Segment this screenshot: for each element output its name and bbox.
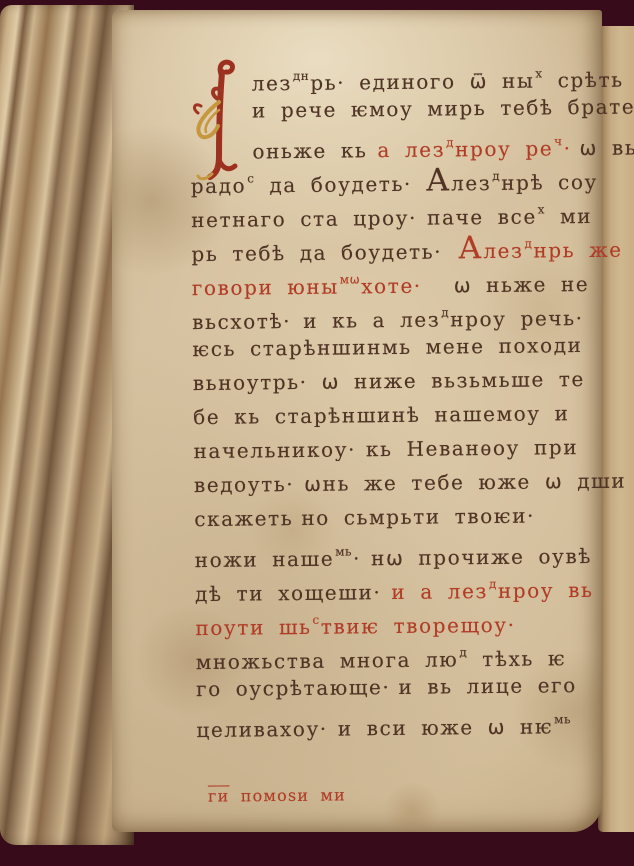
- text-block: лезднрь· единого ѿ ных срѣтьи рече ѥмоу …: [189, 56, 598, 740]
- body-text: го оусрѣтающе·: [196, 675, 391, 701]
- text-line-3: оньже кьа лезднроу реч·ѡ вьсемь: [190, 124, 592, 162]
- body-text: д: [441, 305, 449, 319]
- text-line-14: скажетьно сьмрьти твоѥи·: [194, 498, 596, 536]
- text-line-12: начельникоу·кь Неванѳоу при: [193, 430, 595, 468]
- body-text: скажеть: [194, 506, 293, 531]
- text-line-1: лезднрь· единого ѿ ных срѣть: [189, 56, 591, 94]
- text-line-18: множьства многа люд тѣхь ѥ: [196, 634, 598, 672]
- text-line-9: ѥсь старѣншинмь мене походи: [192, 328, 594, 366]
- body-text: х: [535, 66, 542, 80]
- body-text: д: [459, 645, 467, 659]
- text-line-11: бе кь старѣншинѣ нашемоу и: [193, 396, 595, 434]
- text-line-2: и рече ѥмоу мирь тебѣ брате·: [190, 90, 592, 128]
- line-gap: [294, 490, 304, 491]
- text-line-13: ведоуть·ѡнь же тебе юже ѡ дши: [194, 464, 596, 502]
- body-text: ѡ вьсемь: [579, 135, 634, 160]
- line-gap: [291, 327, 303, 328]
- text-line-8: вьсхотѣ·и кь а лезднроу речь·: [192, 294, 594, 332]
- body-text: мь: [335, 544, 352, 558]
- line-gap: [422, 291, 454, 292]
- body-text: и рече ѥмоу мирь тебѣ брате·: [252, 94, 634, 122]
- line-gap: [412, 190, 426, 191]
- rubric-text: ги: [208, 786, 230, 805]
- line-gap: [381, 598, 391, 599]
- body-text: х: [538, 202, 545, 216]
- body-text: ѥсь старѣншинмь мене походи: [192, 333, 582, 361]
- body-text: целивахоу·: [196, 717, 328, 742]
- rubric-text: нроу вь: [498, 578, 594, 603]
- line-gap: [368, 156, 378, 157]
- body-text: радо: [191, 174, 247, 199]
- body-text: дн: [293, 69, 310, 83]
- line-gap: [328, 735, 338, 736]
- rubric-text: помоѕи ми: [229, 785, 346, 805]
- body-text: мь: [554, 712, 571, 726]
- line-gap: [417, 224, 427, 225]
- text-line-10: вьноутрь·ѡ ниже вьзьмьше те: [193, 362, 595, 400]
- body-text: и вси юже ѡ нѥ: [338, 714, 554, 740]
- rubric-text: д: [489, 577, 497, 591]
- body-text: ми: [546, 204, 592, 228]
- rubric-text: д: [446, 135, 454, 149]
- rubric-text: ·: [564, 136, 572, 160]
- text-line-5: нетнаго ста цроу·паче всех ми: [191, 192, 593, 230]
- manuscript-photo: А лезднрь· единого ѿ ных срѣтьи рече ѥмо…: [0, 0, 634, 866]
- line-gap: [293, 524, 301, 525]
- body-text: лез: [451, 171, 491, 195]
- rubric-text: ч: [554, 134, 563, 148]
- text-line-15: ножи нашемь·нѡ прочиже оувѣ: [194, 532, 596, 570]
- body-text: и вь лице его: [398, 673, 577, 699]
- text-line-17: поути шьствиѥ творещоу·: [195, 600, 597, 638]
- body-text: вьноутрь·: [193, 370, 308, 395]
- body-text: д: [492, 169, 500, 183]
- rubric-text: нрь же: [533, 238, 622, 263]
- rubric-text: мѡ: [340, 272, 361, 286]
- line-gap: [442, 257, 458, 258]
- scribal-note: ги помоѕи ми: [208, 785, 346, 805]
- body-text: ѡ ниже вьзьмьше те: [322, 367, 585, 394]
- line-gap: [356, 455, 366, 456]
- body-text: срѣть: [544, 68, 624, 93]
- body-text: начельникоу·: [193, 437, 356, 463]
- body-text: бе кь старѣншинѣ нашемоу и: [193, 401, 570, 429]
- rubric-text: лез: [483, 239, 523, 263]
- rubric-text: хоте·: [361, 274, 422, 299]
- body-text: кь Неванѳоу при: [366, 435, 578, 461]
- rubric-text: а лез: [377, 137, 445, 162]
- body-text: с: [247, 171, 254, 185]
- text-line-16: дѣ ти хощеши·и а лезднроу вь: [195, 566, 597, 604]
- rubric-text: д: [524, 237, 532, 251]
- text-line-20: целивахоу·и вси юже ѡ нѥмь: [196, 702, 598, 740]
- body-text: ѡнь же тебе юже ѡ дши: [304, 469, 626, 496]
- body-text: ·: [353, 546, 361, 570]
- text-line-4: радос да боудеть·Алезднрѣ соу: [191, 158, 593, 196]
- text-line-7: говори юнымѡхоте·ѡ ньже не: [192, 260, 594, 298]
- body-text: лез: [252, 71, 292, 95]
- line-gap: [308, 388, 322, 389]
- body-text: но сьмрьти твоѥи·: [301, 504, 535, 530]
- body-text: ведоуть·: [194, 472, 295, 497]
- text-line-6: рь тебѣ да боудеть·Алезднрь же: [191, 226, 593, 264]
- line-gap: [361, 564, 371, 565]
- text-line-19: го оусрѣтающе·и вь лице его: [196, 668, 598, 706]
- rubric-text: с: [312, 613, 319, 627]
